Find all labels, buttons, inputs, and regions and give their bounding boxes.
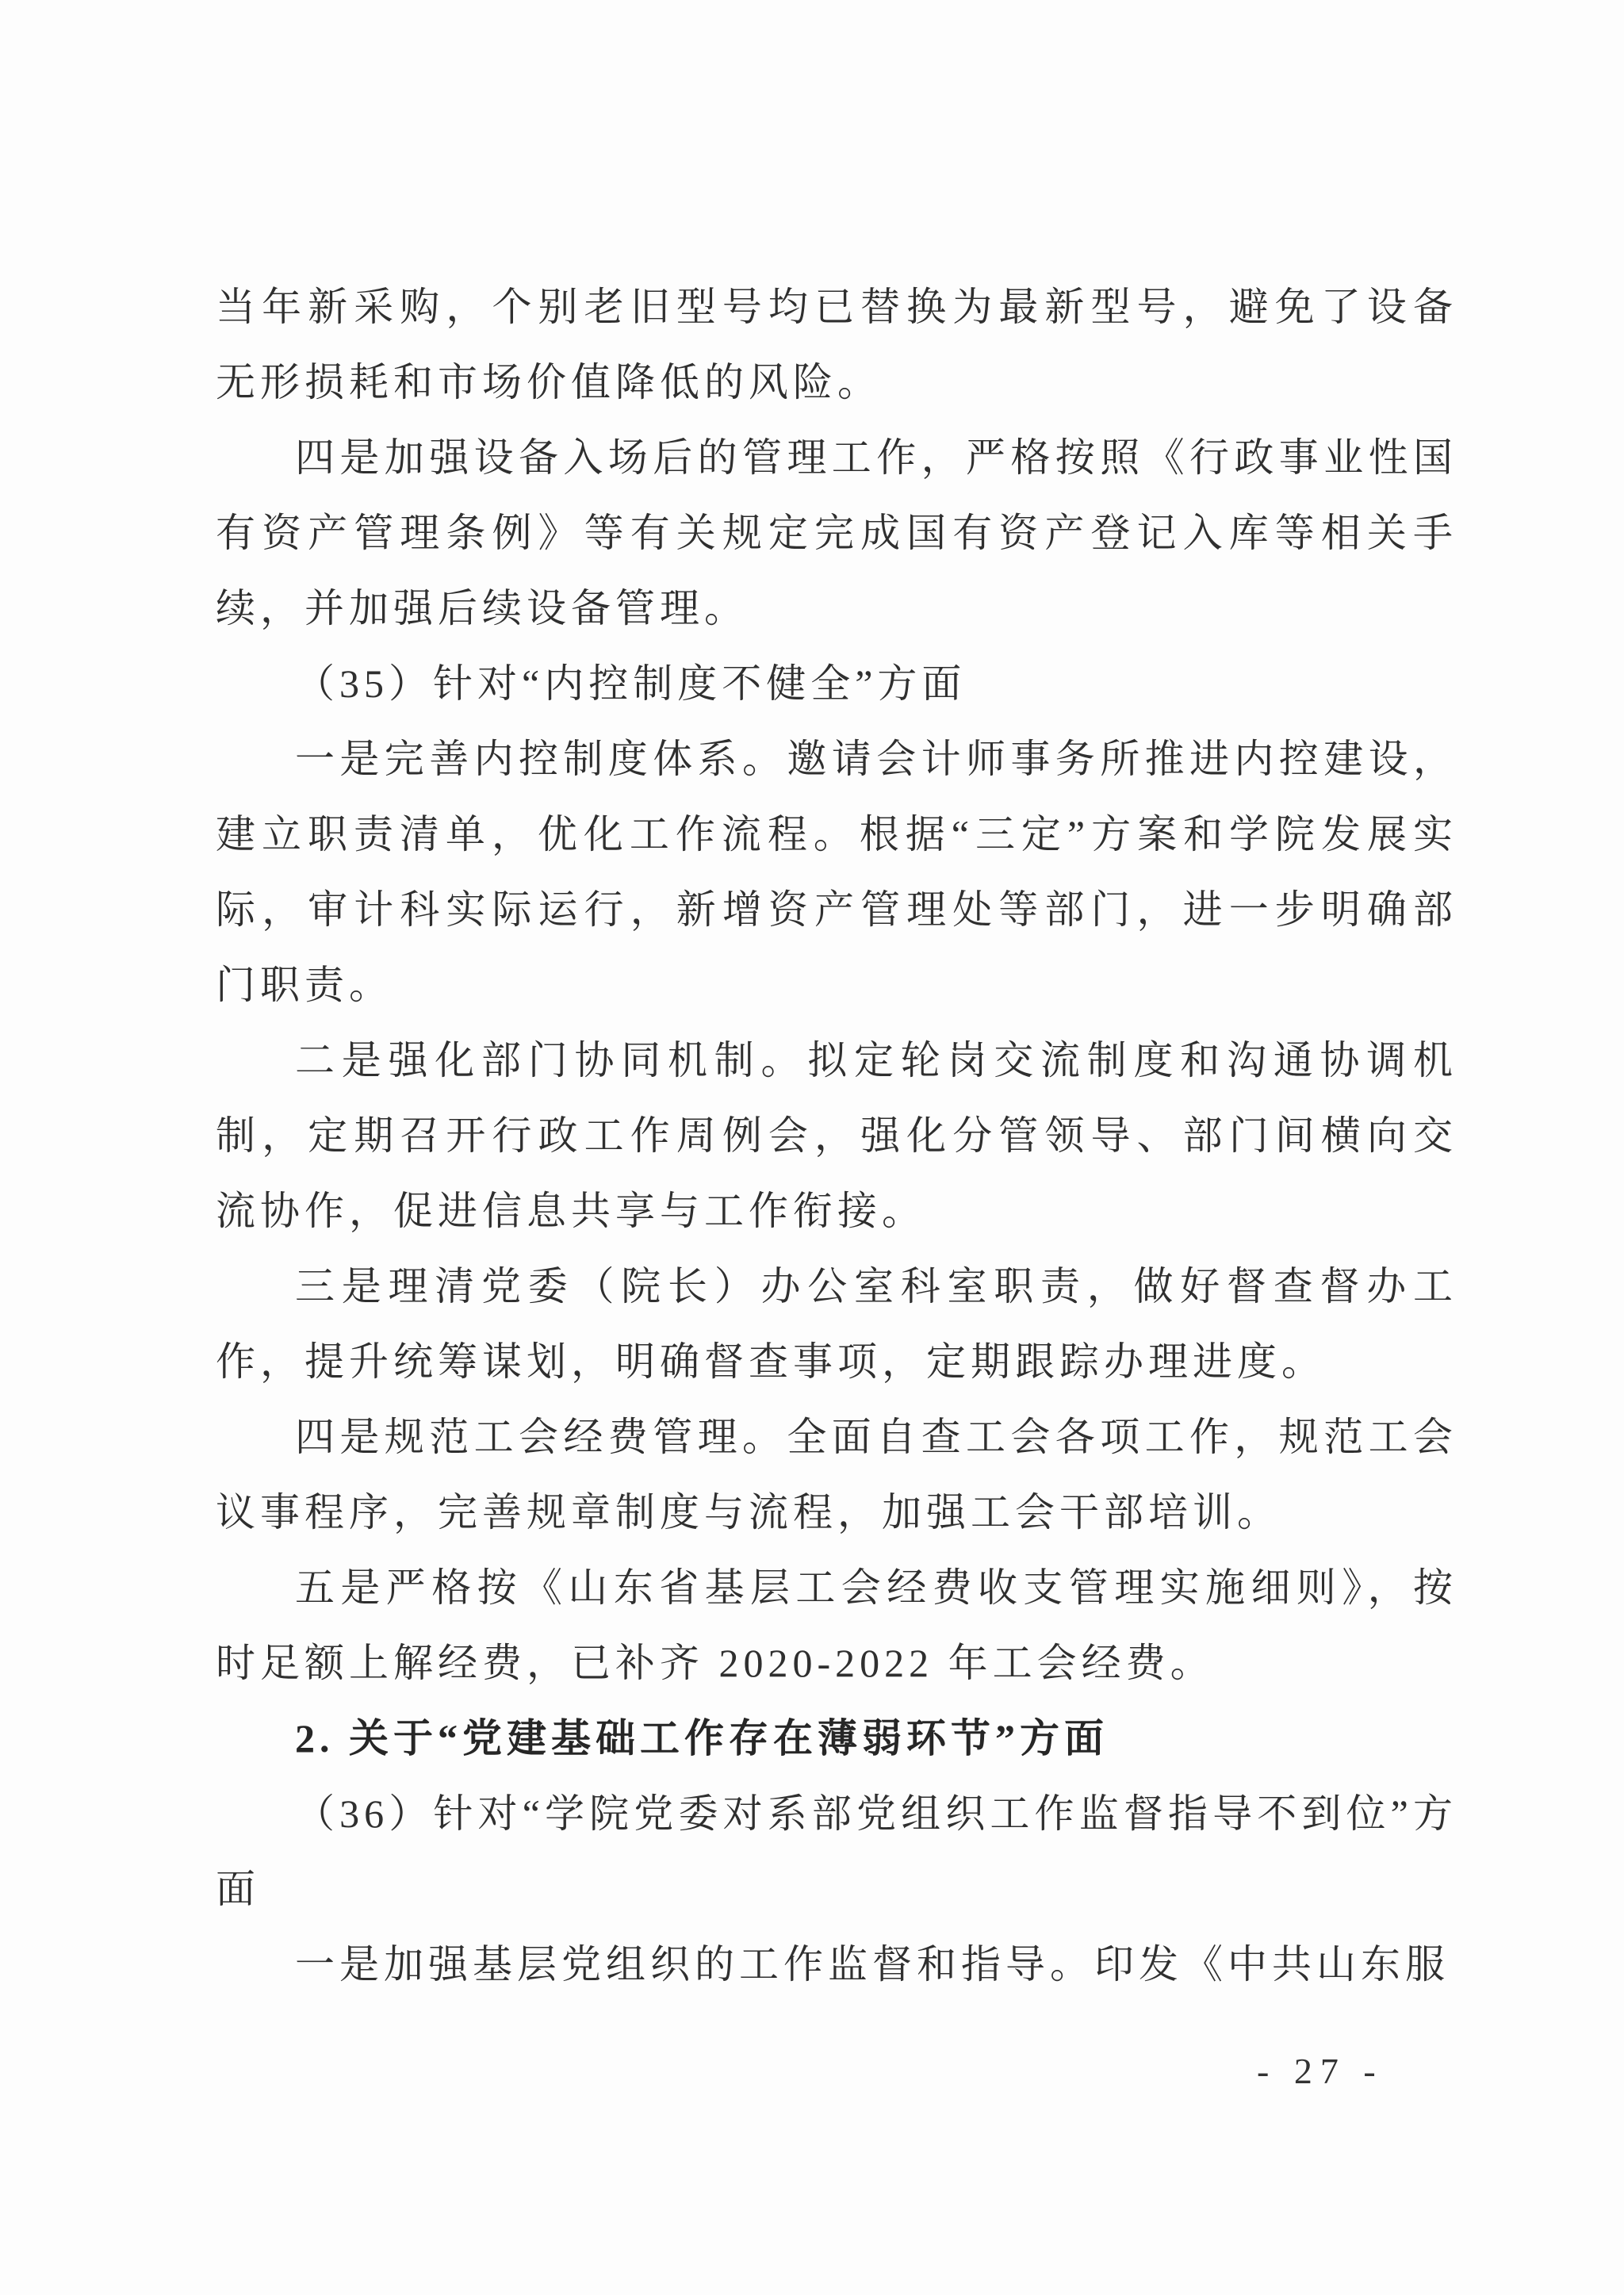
paragraph: 一是完善内控制度体系。邀请会计师事务所推进内控建设，建立职责清单，优化工作流程。… xyxy=(216,722,1457,1023)
paragraph: 四是规范工会经费管理。全面自查工会各项工作，规范工会议事程序，完善规章制度与流程… xyxy=(216,1400,1457,1550)
paragraph: 五是严格按《山东省基层工会经费收支管理实施细则》，按时足额上解经费，已补齐 20… xyxy=(216,1550,1457,1701)
paragraph: （36）针对“学院党委对系部党组织工作监督指导不到位”方面 xyxy=(216,1776,1457,1927)
paragraph: 三是理清党委（院长）办公室科室职责，做好督查督办工作，提升统筹谋划，明确督查事项… xyxy=(216,1249,1457,1400)
section-heading: 2. 关于“党建基础工作存在薄弱环节”方面 xyxy=(216,1701,1457,1776)
page-number: - 27 - xyxy=(1257,2050,1384,2092)
paragraph: 四是加强设备入场后的管理工作，严格按照《行政事业性国有资产管理条例》等有关规定完… xyxy=(216,420,1457,646)
paragraph: 二是强化部门协同机制。拟定轮岗交流制度和沟通协调机制，定期召开行政工作周例会，强… xyxy=(216,1023,1457,1249)
text-block: 当年新采购，个别老旧型号均已替换为最新型号，避免了设备无形损耗和市场价值降低的风… xyxy=(216,270,1457,2002)
paragraph: 一是加强基层党组织的工作监督和指导。印发《中共山东服 xyxy=(216,1927,1457,2002)
paragraph: （35）针对“内控制度不健全”方面 xyxy=(216,646,1457,722)
document-page: 当年新采购，个别老旧型号均已替换为最新型号，避免了设备无形损耗和市场价值降低的风… xyxy=(0,0,1624,2295)
paragraph: 当年新采购，个别老旧型号均已替换为最新型号，避免了设备无形损耗和市场价值降低的风… xyxy=(216,270,1457,420)
